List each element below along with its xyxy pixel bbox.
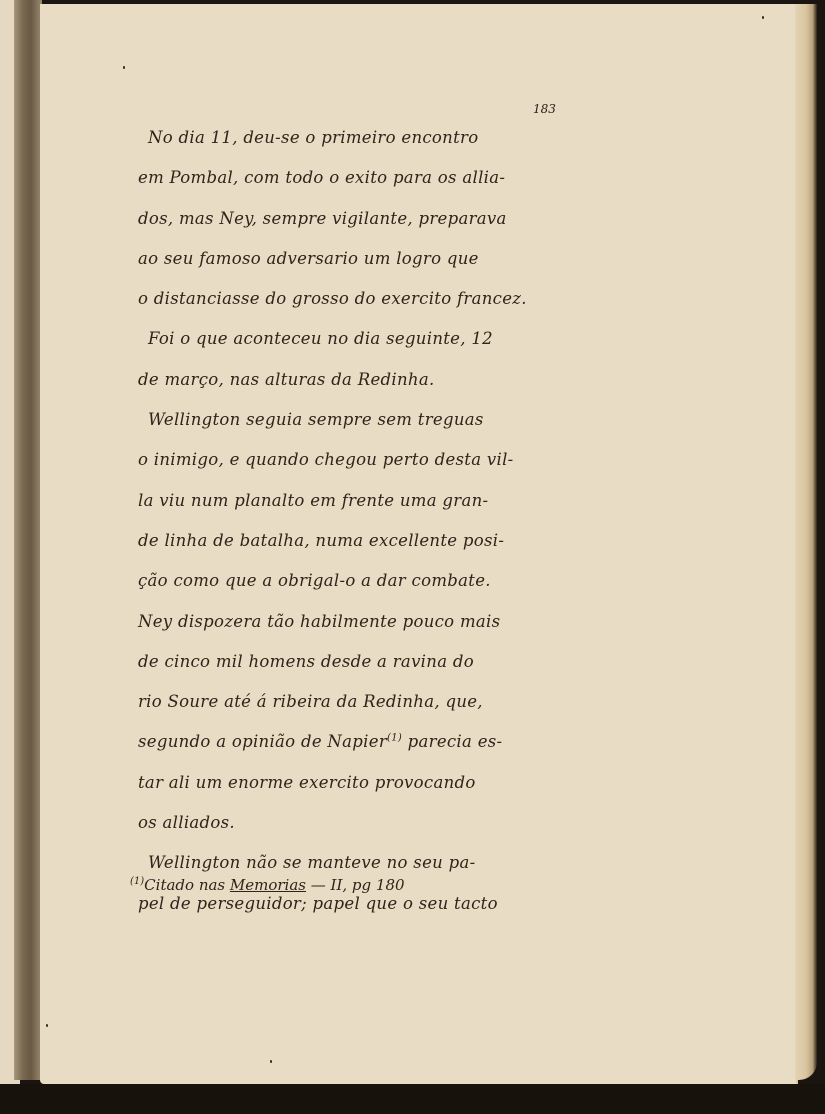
paper-speck	[46, 1024, 48, 1027]
text-line: rio Soure até á ribeira da Redinha, que,	[138, 682, 580, 722]
text-line: o inimigo, e quando chegou perto desta v…	[138, 440, 580, 480]
text-segment: parecia es-	[402, 732, 502, 751]
text-line: de março, nas alturas da Redinha.	[138, 360, 580, 400]
text-line: dos, mas Ney, sempre vigilante, preparav…	[138, 199, 580, 239]
footnote: (1)Citado nas Memorias — II, pg 180	[130, 876, 405, 894]
handwritten-text-body: No dia 11, deu-se o primeiro encontro em…	[140, 118, 580, 924]
text-line: os alliados.	[138, 803, 580, 843]
footnote-mark: (1)	[130, 876, 144, 887]
text-line: segundo a opinião de Napier(1) parecia e…	[138, 722, 580, 762]
text-line: em Pombal, com todo o exito para os alli…	[138, 158, 580, 198]
text-line: Foi o que aconteceu no dia seguinte, 12	[140, 319, 580, 359]
footnote-suffix: — II, pg 180	[306, 876, 405, 894]
footnote-title: Memorias	[230, 876, 306, 894]
text-line: de cinco mil homens desde a ravina do	[138, 642, 580, 682]
text-segment: segundo a opinião de Napier	[138, 732, 387, 751]
text-line: No dia 11, deu-se o primeiro encontro	[140, 118, 580, 158]
background-bottom	[0, 1084, 825, 1114]
text-line: o distanciasse do grosso do exercito fra…	[138, 279, 580, 319]
paper-speck	[123, 66, 125, 69]
page-number: 183	[533, 102, 556, 116]
book-spine-shadow	[14, 0, 42, 1080]
text-line: la viu num planalto em frente uma gran-	[138, 481, 580, 521]
text-line: Ney dispozera tão habilmente pouco mais	[138, 602, 580, 642]
page-right-edge	[795, 4, 817, 1080]
footnote-reference: (1)	[387, 733, 402, 744]
paper-speck	[270, 1060, 272, 1063]
footnote-prefix: Citado nas	[144, 876, 230, 894]
text-line: tar ali um enorme exercito provocando	[138, 763, 580, 803]
text-line: ao seu famoso adversario um logro que	[138, 239, 580, 279]
text-line: Wellington seguia sempre sem treguas	[140, 400, 580, 440]
text-line: de linha de batalha, numa excellente pos…	[138, 521, 580, 561]
text-line: ção como que a obrigal-o a dar combate.	[138, 561, 580, 601]
paper-speck	[762, 16, 764, 19]
